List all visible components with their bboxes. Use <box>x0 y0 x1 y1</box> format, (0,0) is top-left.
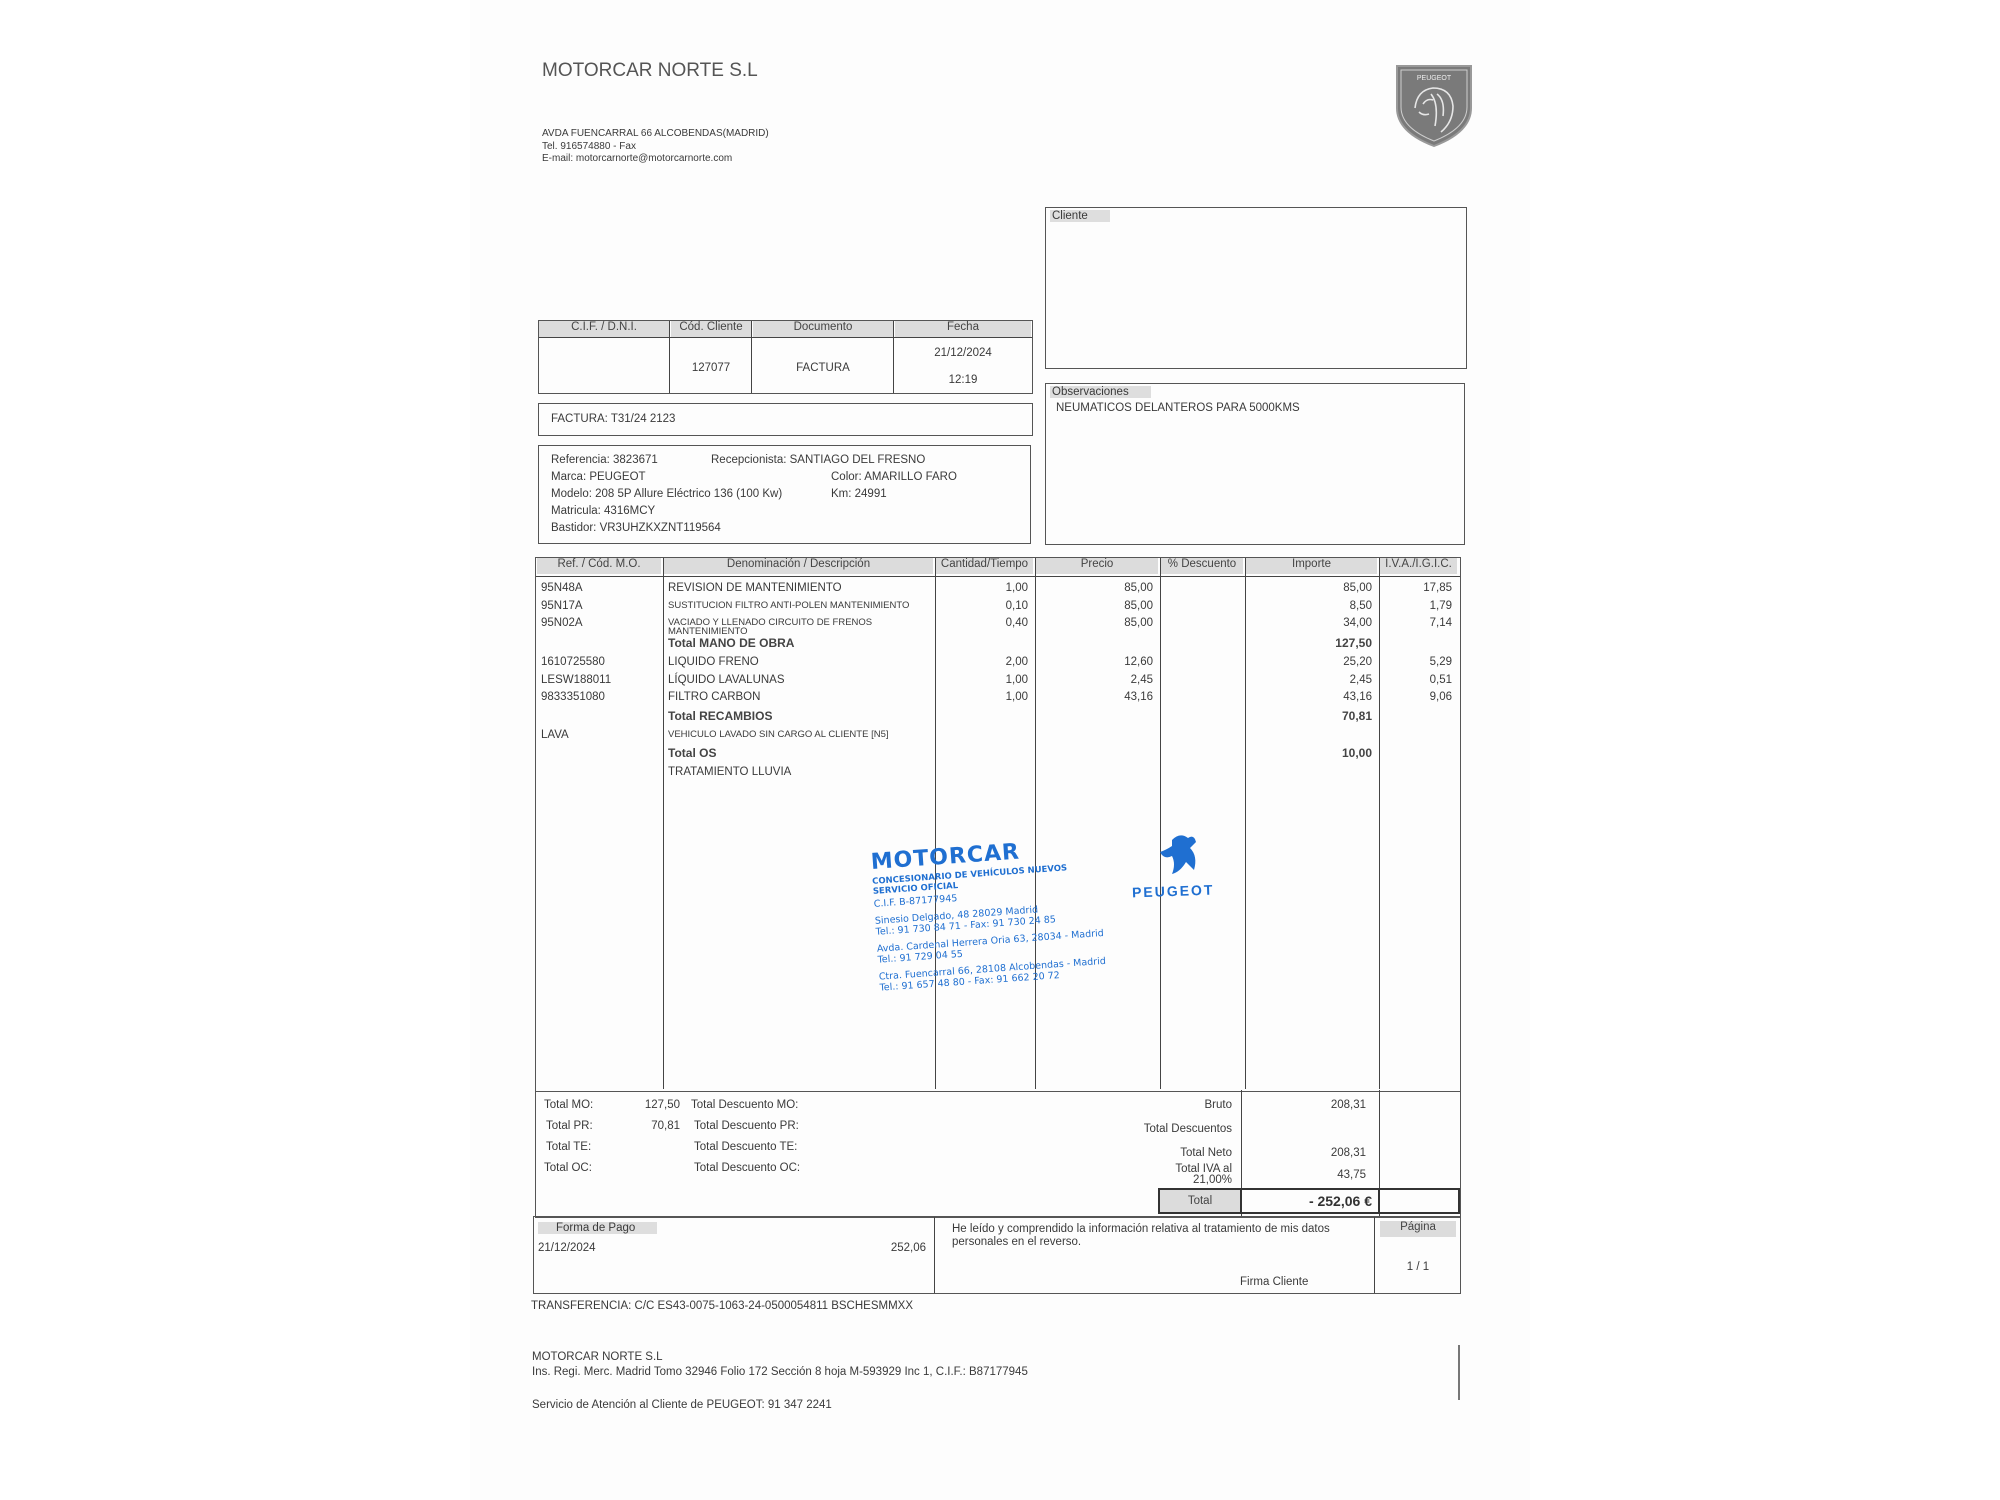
cell-vat: 9,06 <box>1384 691 1452 703</box>
cell-description: LIQUIDO FRENO <box>668 656 928 668</box>
totals-section: Total MO:127,50Total Descuento MO:Total … <box>535 1090 1461 1218</box>
descuentos-label: Total Descuentos <box>1096 1123 1232 1135</box>
cell-description: Total OS <box>668 746 928 760</box>
cell-description: VEHICULO LAVADO SIN CARGO AL CLIENTE [N5… <box>668 729 928 740</box>
cell-ref: 95N17A <box>541 600 656 612</box>
client-box: Cliente <box>1045 207 1467 369</box>
observations-label: Observaciones <box>1050 386 1151 398</box>
items-table: Ref. / Cód. M.O.Denominación / Descripci… <box>535 557 1461 1092</box>
bruto-value: 208,31 <box>1246 1099 1366 1111</box>
document-value: FACTURA <box>753 362 893 374</box>
cell-quantity: 1,00 <box>940 691 1028 703</box>
observations-box: Observaciones NEUMATICOS DELANTEROS PARA… <box>1045 383 1465 545</box>
cell-ref: 95N02A <box>541 617 656 629</box>
cell-ref: LESW188011 <box>541 674 656 686</box>
table-row: 1610725580LIQUIDO FRENO2,0012,6025,205,2… <box>536 656 1460 672</box>
payment-date: 21/12/2024 <box>538 1242 596 1254</box>
cell-price: 85,00 <box>1040 582 1153 594</box>
page-label: Página <box>1380 1221 1456 1237</box>
observations-text: NEUMATICOS DELANTEROS PARA 5000KMS <box>1056 402 1300 414</box>
cell-vat: 17,85 <box>1384 582 1452 594</box>
total-label-2: Total TE: <box>546 1141 591 1153</box>
col-price: Precio <box>1036 558 1158 574</box>
grand-total-box: Total - 252,06 € <box>1158 1188 1460 1214</box>
cell-vat: 5,29 <box>1384 656 1452 668</box>
signature-label: Firma Cliente <box>1240 1276 1308 1288</box>
cell-price: 85,00 <box>1040 600 1153 612</box>
cell-amount: 10,00 <box>1250 746 1372 760</box>
date-value: 21/12/2024 <box>895 347 1031 359</box>
peugeot-logo-icon: PEUGEOT <box>1393 60 1475 148</box>
total-value: - 252,06 € <box>1244 1193 1372 1209</box>
cell-quantity: 0,10 <box>940 600 1028 612</box>
cell-price: 2,45 <box>1040 674 1153 686</box>
table-row: LAVAVEHICULO LAVADO SIN CARGO AL CLIENTE… <box>536 729 1460 745</box>
col-discount: % Descuento <box>1161 558 1243 574</box>
cell-amount: 127,50 <box>1250 636 1372 650</box>
discount-label-1: Total Descuento PR: <box>694 1120 799 1132</box>
company-email: E-mail: motorcarnorte@motorcarnorte.com <box>542 153 732 164</box>
bruto-label: Bruto <box>1126 1099 1232 1111</box>
discount-label-3: Total Descuento OC: <box>694 1162 800 1174</box>
cell-amount: 2,45 <box>1250 674 1372 686</box>
bank-transfer: TRANSFERENCIA: C/C ES43-0075-1063-24-050… <box>531 1300 913 1312</box>
invoice-number-box: FACTURA: T31/24 2123 <box>538 403 1033 436</box>
vehicle-model: Modelo: 208 5P Allure Eléctrico 136 (100… <box>551 488 782 500</box>
cell-description: SUSTITUCION FILTRO ANTI-POLEN MANTENIMIE… <box>668 600 928 611</box>
cell-amount: 43,16 <box>1250 691 1372 703</box>
col-description: Denominación / Descripción <box>664 558 933 574</box>
vehicle-plate: Matricula: 4316MCY <box>551 505 655 517</box>
total-value-0: 127,50 <box>616 1099 680 1111</box>
col-date: Fecha <box>895 321 1031 337</box>
table-row: 95N17ASUSTITUCION FILTRO ANTI-POLEN MANT… <box>536 600 1460 616</box>
client-label: Cliente <box>1050 210 1110 222</box>
vehicle-receptionist: Recepcionista: SANTIAGO DEL FRESNO <box>711 454 925 466</box>
company-phone: Tel. 916574880 - Fax <box>542 141 636 152</box>
cell-ref: 1610725580 <box>541 656 656 668</box>
company-address: AVDA FUENCARRAL 66 ALCOBENDAS(MADRID) <box>542 128 769 139</box>
cell-price: 85,00 <box>1040 617 1153 629</box>
cell-quantity: 2,00 <box>940 656 1028 668</box>
privacy-text-2: personales en el reverso. <box>952 1236 1081 1248</box>
total-label-1: Total PR: <box>546 1120 593 1132</box>
subtotal-row: Total MANO DE OBRA127,50 <box>536 636 1460 652</box>
cell-amount: 25,20 <box>1250 656 1372 668</box>
cell-vat: 0,51 <box>1384 674 1452 686</box>
footer-registry: Ins. Regi. Merc. Madrid Tomo 32946 Folio… <box>532 1366 1028 1378</box>
total-label: Total <box>1160 1190 1240 1212</box>
privacy-text-1: He leído y comprendido la información re… <box>952 1223 1330 1235</box>
neto-value: 208,31 <box>1246 1147 1366 1159</box>
cell-quantity: 1,00 <box>940 674 1028 686</box>
payment-section: Forma de Pago 21/12/2024 252,06 He leído… <box>533 1216 1461 1294</box>
peugeot-lion-stamp-icon <box>1150 832 1210 880</box>
company-name: MOTORCAR NORTE S.L <box>542 60 758 82</box>
cell-amount: 34,00 <box>1250 617 1372 629</box>
table-row: TRATAMIENTO LLUVIA <box>536 766 1460 782</box>
table-row: LESW188011LÍQUIDO LAVALUNAS1,002,452,450… <box>536 674 1460 690</box>
page-value: 1 / 1 <box>1380 1261 1456 1273</box>
cell-amount: 70,81 <box>1250 709 1372 723</box>
cell-description: TRATAMIENTO LLUVIA <box>668 766 928 778</box>
cell-amount: 85,00 <box>1250 582 1372 594</box>
col-vat: I.V.A./I.G.I.C. <box>1380 558 1457 574</box>
document-header-table: C.I.F. / D.N.I. Cód. Cliente Documento F… <box>538 320 1033 394</box>
iva-value: 43,75 <box>1246 1169 1366 1181</box>
cell-ref: 9833351080 <box>541 691 656 703</box>
cell-description: REVISION DE MANTENIMIENTO <box>668 582 928 594</box>
table-row: 9833351080FILTRO CARBON1,0043,1643,169,0… <box>536 691 1460 707</box>
total-label-3: Total OC: <box>544 1162 592 1174</box>
col-amount: Importe <box>1246 558 1377 574</box>
iva-rate: 21,00% <box>1126 1174 1232 1186</box>
cell-description: LÍQUIDO LAVALUNAS <box>668 674 928 686</box>
cell-vat: 1,79 <box>1384 600 1452 612</box>
dealer-stamp: MOTORCAR CONCESIONARIO DE VEHÍCULOS NUEV… <box>870 834 1107 994</box>
cell-description: FILTRO CARBON <box>668 691 928 703</box>
payment-amount: 252,06 <box>734 1242 926 1254</box>
stamp-peugeot: PEUGEOT <box>1132 882 1215 901</box>
cell-description: Total MANO DE OBRA <box>668 636 928 650</box>
total-value-1: 70,81 <box>616 1120 680 1132</box>
cell-quantity: 1,00 <box>940 582 1028 594</box>
discount-label-0: Total Descuento MO: <box>691 1099 798 1111</box>
cell-quantity: 0,40 <box>940 617 1028 629</box>
vehicle-info-box: Referencia: 3823671 Recepcionista: SANTI… <box>538 445 1031 544</box>
col-cif: C.I.F. / D.N.I. <box>539 321 669 337</box>
footer-service-phone: Servicio de Atención al Cliente de PEUGE… <box>532 1399 832 1411</box>
payment-method-label: Forma de Pago <box>538 1222 657 1234</box>
table-row: 95N48AREVISION DE MANTENIMIENTO1,0085,00… <box>536 582 1460 598</box>
col-client-code: Cód. Cliente <box>671 321 751 337</box>
col-quantity: Cantidad/Tiempo <box>936 558 1033 574</box>
vehicle-vin: Bastidor: VR3UHZKXZNT119564 <box>551 522 721 534</box>
invoice-number: FACTURA: T31/24 2123 <box>551 413 675 425</box>
col-document: Documento <box>753 321 893 337</box>
client-code-value: 127077 <box>671 362 751 374</box>
items-table-header: Ref. / Cód. M.O.Denominación / Descripci… <box>536 558 1460 576</box>
vehicle-km: Km: 24991 <box>831 488 887 500</box>
vehicle-brand: Marca: PEUGEOT <box>551 471 646 483</box>
subtotal-row: Total OS10,00 <box>536 746 1460 762</box>
vehicle-reference: Referencia: 3823671 <box>551 454 658 466</box>
cell-description: Total RECAMBIOS <box>668 709 928 723</box>
neto-label: Total Neto <box>1126 1147 1232 1159</box>
cell-price: 43,16 <box>1040 691 1153 703</box>
footer-company-name: MOTORCAR NORTE S.L <box>532 1351 663 1363</box>
cell-vat: 7,14 <box>1384 617 1452 629</box>
table-row: 95N02AVACIADO Y LLENADO CIRCUITO DE FREN… <box>536 617 1460 633</box>
svg-text:PEUGEOT: PEUGEOT <box>1417 75 1452 82</box>
discount-label-2: Total Descuento TE: <box>694 1141 797 1153</box>
cell-ref: 95N48A <box>541 582 656 594</box>
col-ref: Ref. / Cód. M.O. <box>537 558 661 574</box>
subtotal-row: Total RECAMBIOS70,81 <box>536 709 1460 725</box>
cell-price: 12,60 <box>1040 656 1153 668</box>
cell-amount: 8,50 <box>1250 600 1372 612</box>
time-value: 12:19 <box>895 374 1031 386</box>
vehicle-color: Color: AMARILLO FARO <box>831 471 957 483</box>
cell-ref: LAVA <box>541 729 656 741</box>
total-label-0: Total MO: <box>544 1099 593 1111</box>
